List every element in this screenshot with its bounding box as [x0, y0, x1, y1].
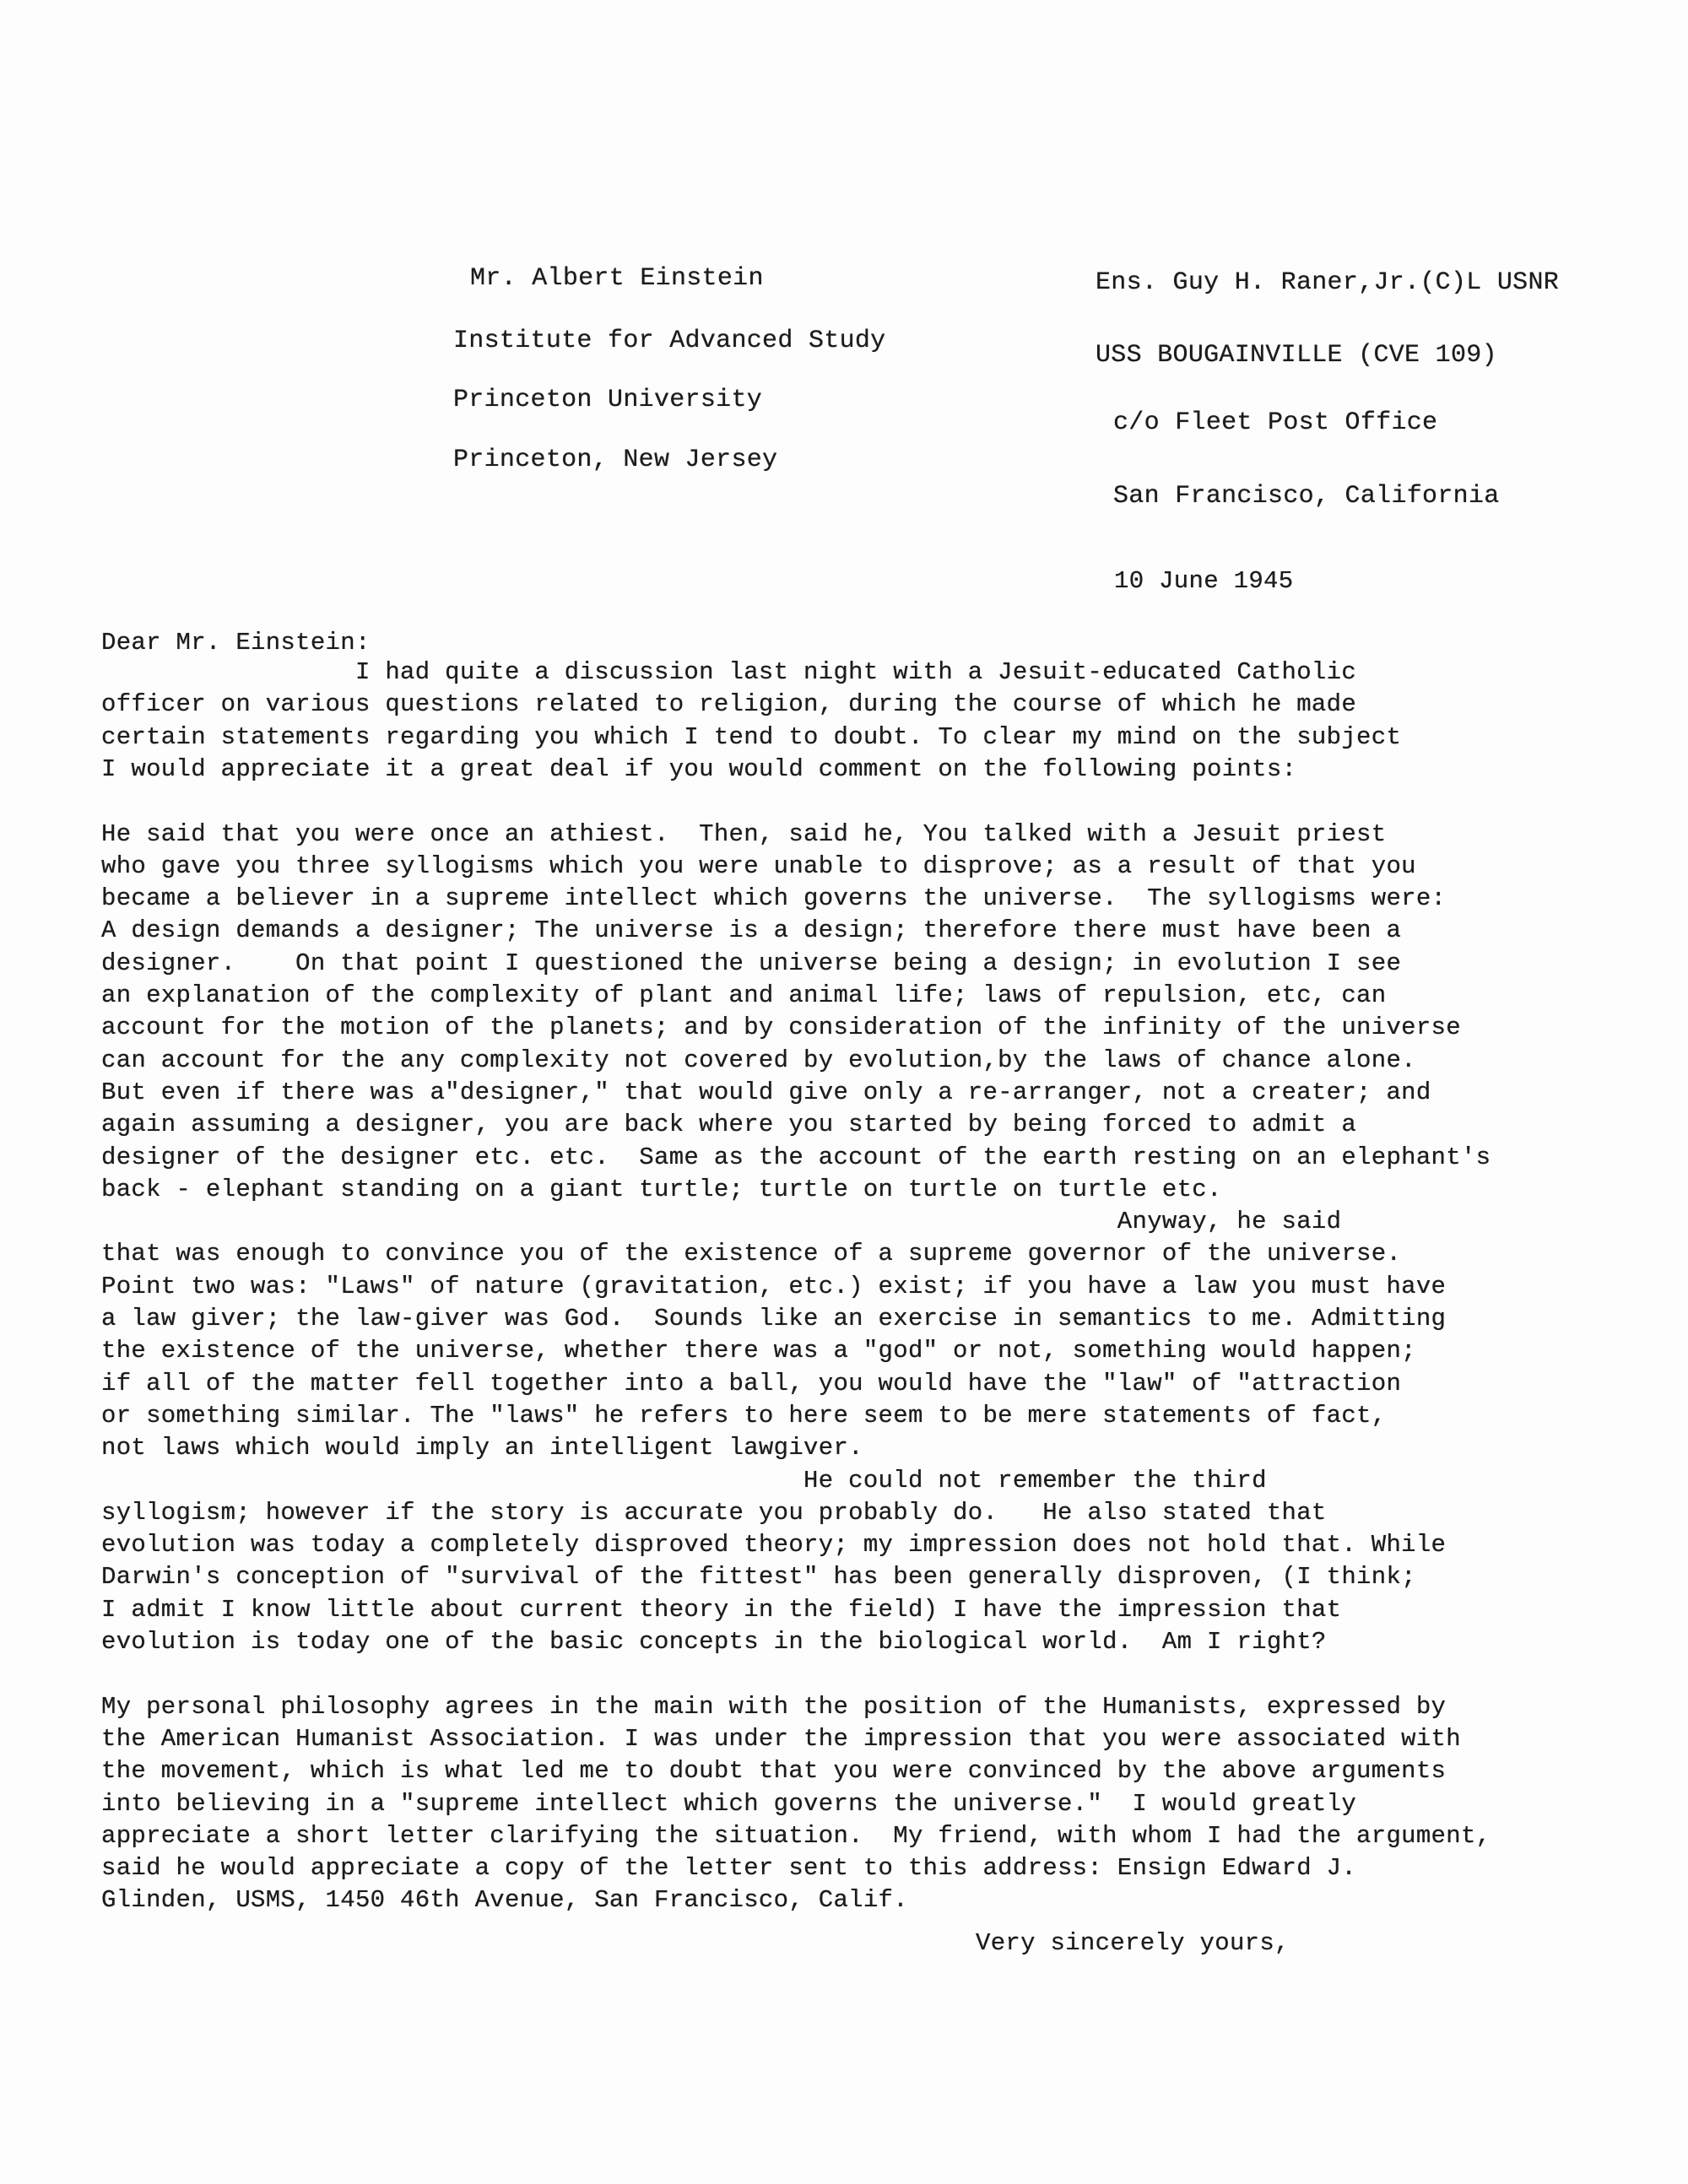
sender-address-line-4: San Francisco, California — [1113, 484, 1500, 509]
body-line: the movement, which is what led me to do… — [101, 1759, 1446, 1784]
body-line: designer of the designer etc. etc. Same … — [101, 1145, 1491, 1170]
body-line: again assuming a designer, you are back … — [101, 1112, 1356, 1138]
body-line: evolution is today one of the basic conc… — [101, 1630, 1327, 1655]
body-line: an explanation of the complexity of plan… — [101, 983, 1386, 1008]
body-line: He said that you were once an athiest. T… — [101, 822, 1386, 847]
body-line: A design demands a designer; The univers… — [101, 918, 1401, 943]
body-line: certain statements regarding you which I… — [101, 725, 1401, 750]
body-line: the existence of the universe, whether t… — [101, 1338, 1416, 1364]
body-line: account for the motion of the planets; a… — [101, 1015, 1461, 1041]
body-line: said he would appreciate a copy of the l… — [101, 1856, 1356, 1881]
body-line: that was enough to convince you of the e… — [101, 1241, 1401, 1267]
body-line: who gave you three syllogisms which you … — [101, 854, 1416, 879]
recipient-address-line-4: Princeton, New Jersey — [453, 447, 777, 473]
body-line: can account for the any complexity not c… — [101, 1048, 1416, 1073]
body-line: a law giver; the law-giver was God. Soun… — [101, 1306, 1446, 1332]
recipient-address-line-2: Institute for Advanced Study — [453, 328, 885, 354]
closing: Very sincerely yours, — [976, 1931, 1290, 1956]
body-line: He could not remember the third — [101, 1468, 1267, 1494]
sender-address-line-2: USS BOUGAINVILLE (CVE 109) — [1096, 343, 1497, 368]
body-line: Darwin's conception of "survival of the … — [101, 1565, 1416, 1590]
body-line: evolution was today a completely disprov… — [101, 1533, 1446, 1558]
salutation: Dear Mr. Einstein: — [101, 630, 371, 656]
body-line: officer on various questions related to … — [101, 692, 1356, 717]
body-line: Point two was: "Laws" of nature (gravita… — [101, 1274, 1446, 1300]
body-line: not laws which would imply an intelligen… — [101, 1435, 863, 1461]
body-line: if all of the matter fell together into … — [101, 1371, 1401, 1397]
body-line: I admit I know little about current theo… — [101, 1597, 1341, 1623]
body-line: into believing in a "supreme intellect w… — [101, 1792, 1356, 1817]
body-line: or something similar. The "laws" he refe… — [101, 1403, 1386, 1429]
body-line: appreciate a short letter clarifying the… — [101, 1824, 1491, 1849]
letter-page: Mr. Albert Einstein Institute for Advanc… — [0, 0, 1688, 2184]
sender-address-line-1: Ens. Guy H. Raner,Jr.(C)L USNR — [1096, 270, 1559, 295]
body-line: But even if there was a"designer," that … — [101, 1080, 1431, 1106]
body-line: designer. On that point I questioned the… — [101, 951, 1401, 976]
body-line: syllogism; however if the story is accur… — [101, 1500, 1327, 1526]
body-line: the American Humanist Association. I was… — [101, 1727, 1461, 1752]
body-line: became a believer in a supreme intellect… — [101, 886, 1446, 911]
body-line: Glinden, USMS, 1450 46th Avenue, San Fra… — [101, 1888, 908, 1913]
recipient-address-line-3: Princeton University — [453, 387, 762, 413]
letter-date: 10 June 1945 — [1114, 569, 1293, 594]
body-line: Anyway, he said — [101, 1209, 1341, 1235]
body-line: back - elephant standing on a giant turt… — [101, 1177, 1222, 1203]
sender-address-line-3: c/o Fleet Post Office — [1113, 410, 1437, 435]
body-line: I would appreciate it a great deal if yo… — [101, 757, 1296, 782]
body-line: I had quite a discussion last night with… — [101, 660, 1356, 685]
recipient-address-line-1: Mr. Albert Einstein — [470, 266, 764, 291]
body-line: My personal philosophy agrees in the mai… — [101, 1695, 1446, 1720]
